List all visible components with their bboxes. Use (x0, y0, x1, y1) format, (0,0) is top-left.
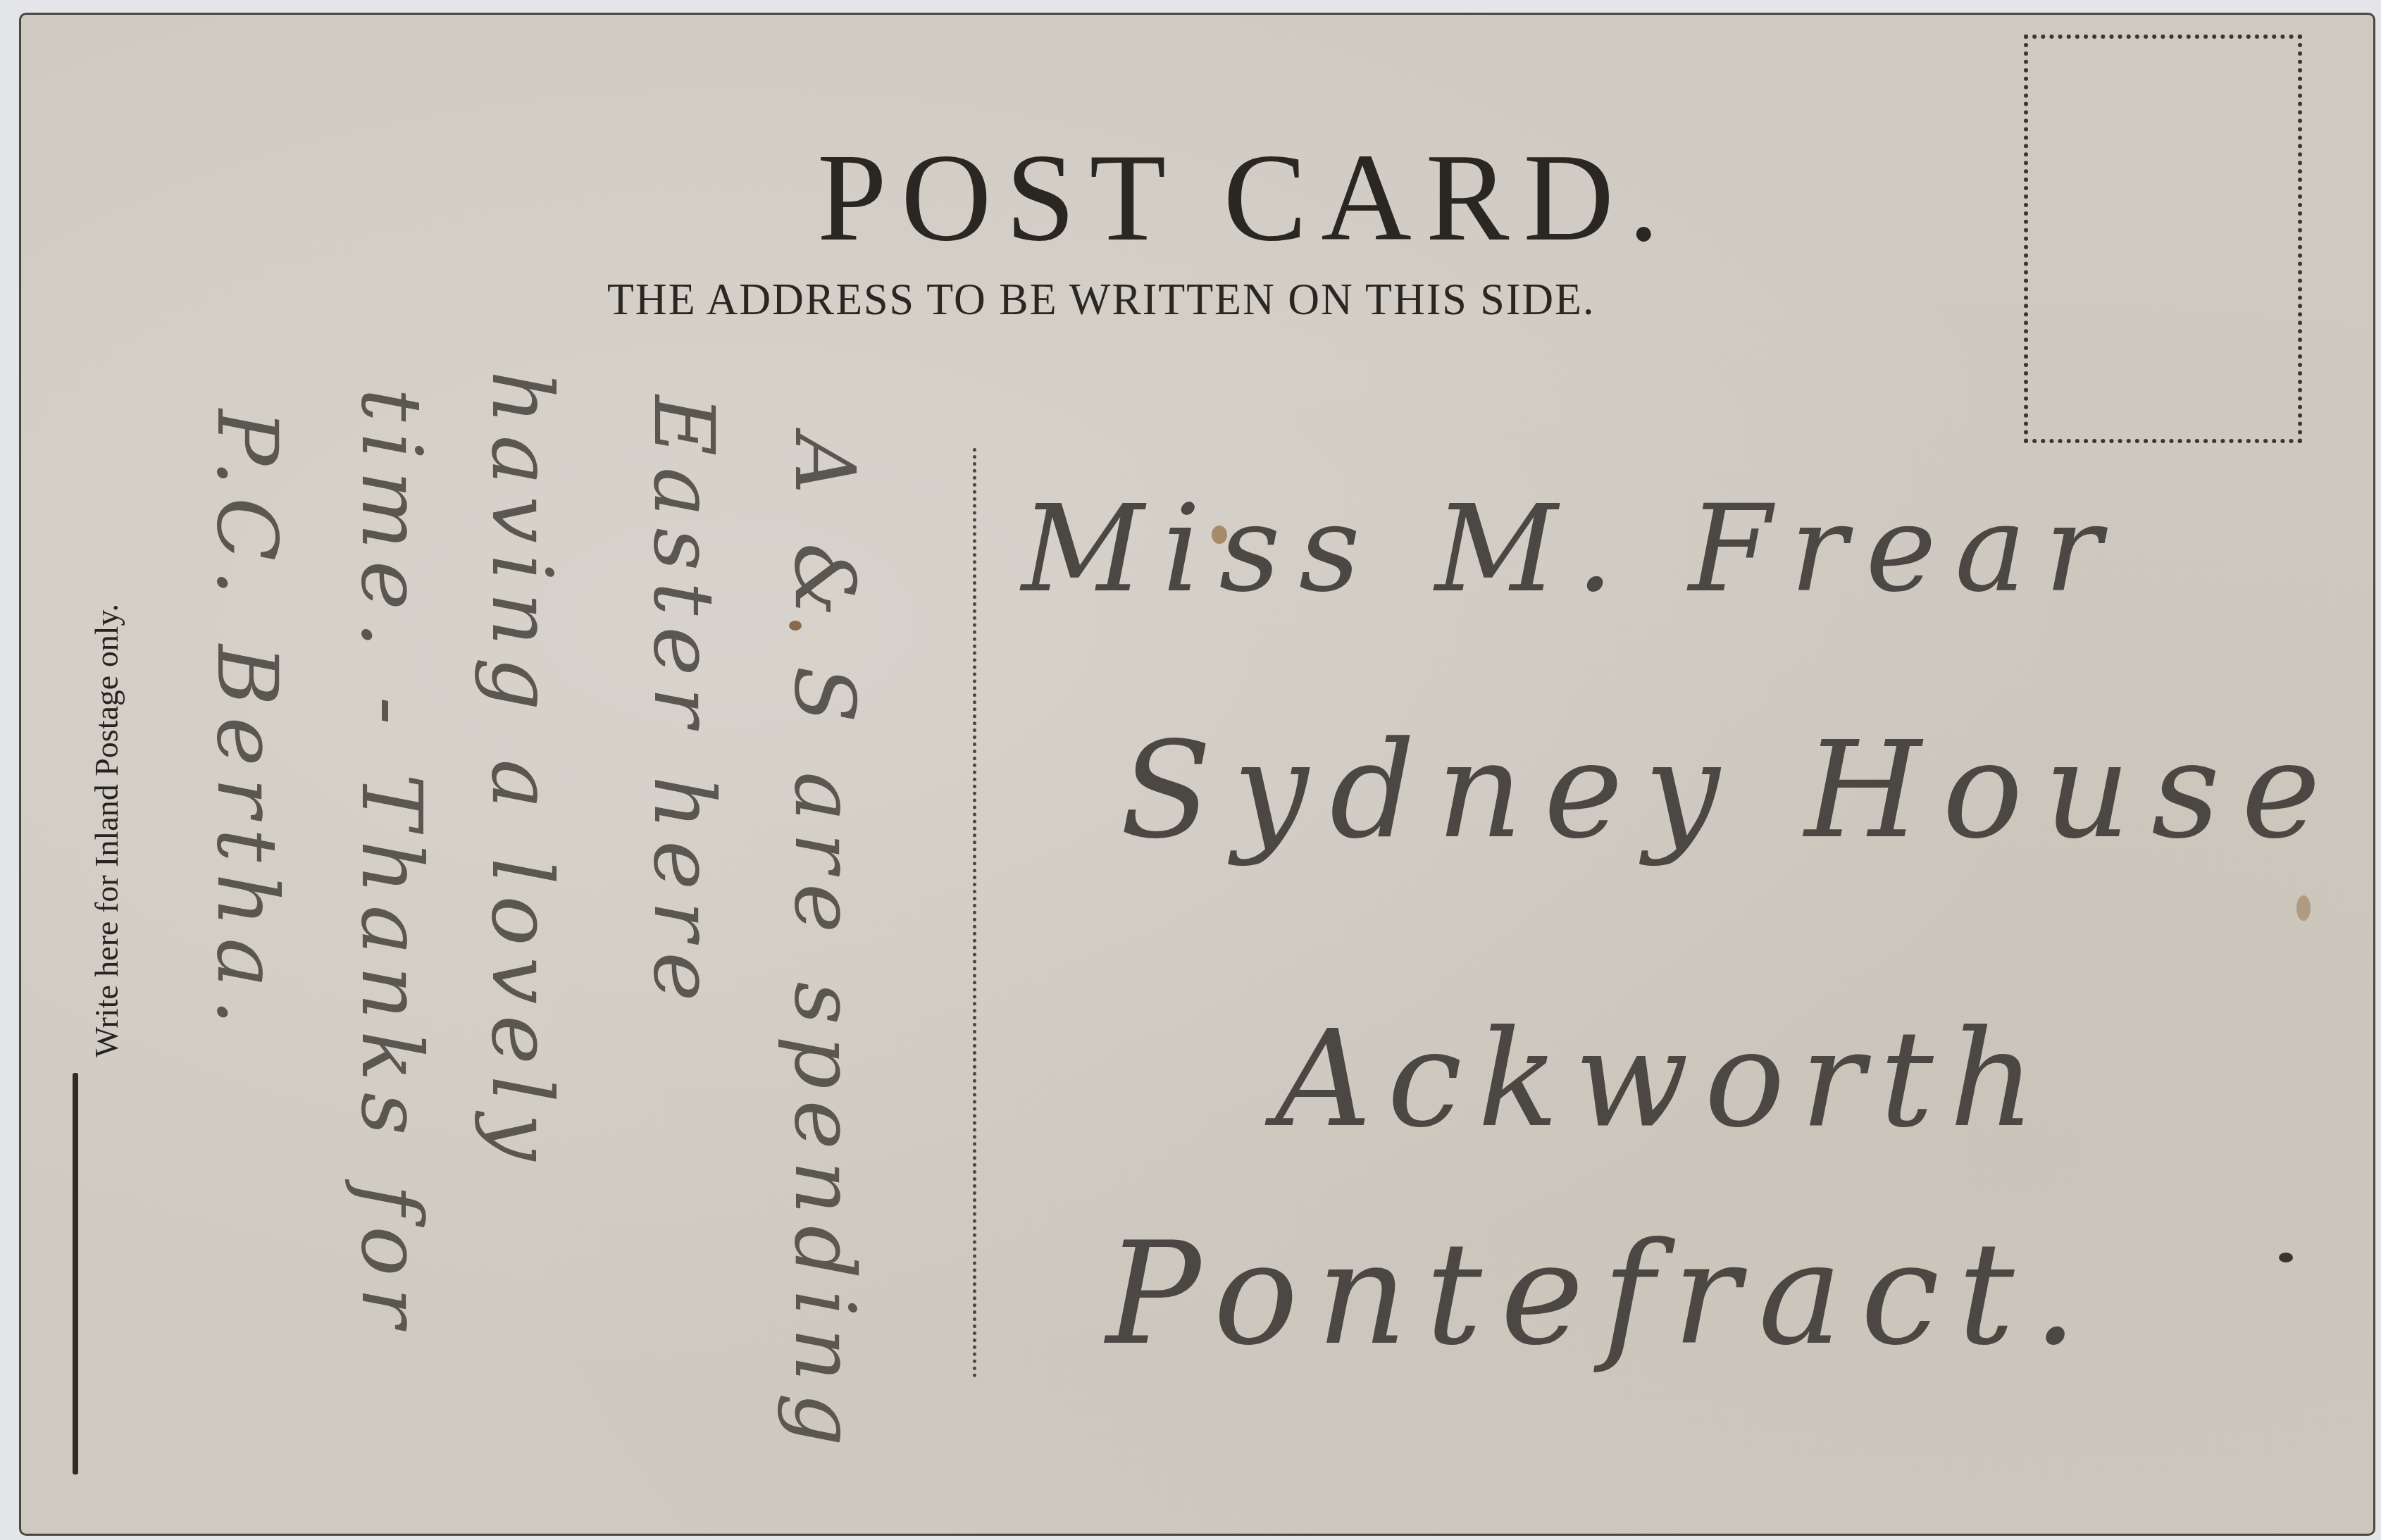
postcard: POST CARD. THE ADDRESS TO BE WRITTEN ON … (19, 13, 2375, 1536)
address-town: Pontefract. (1106, 1212, 2096, 1377)
message-line-5: P.C. Bertha. (199, 409, 296, 1036)
address-house: Sydney House (1120, 712, 2342, 868)
foxing-spot (1212, 526, 1227, 544)
dotted-divider (973, 448, 976, 1378)
address-instruction: THE ADDRESS TO BE WRITTEN ON THIS SIDE. (607, 277, 1595, 322)
address-village: Ackworth (1275, 1001, 2051, 1157)
stamp-box (2024, 35, 2302, 443)
inland-postage-label: Write here for Inland Postage only. (88, 604, 125, 1057)
address-recipient: Miss M. Frear (1021, 480, 2120, 619)
foxing-spot (2296, 895, 2311, 921)
foxing-spot (789, 621, 802, 631)
foxing-spot (2279, 1253, 2293, 1262)
message-line-1: A & S are spending (776, 434, 874, 1457)
message-line-3: having a lovely (473, 371, 571, 1172)
edge-mark (73, 1073, 78, 1474)
message-line-2: Easter here (635, 395, 733, 1012)
postcard-title: POST CARD. (817, 135, 1674, 260)
message-line-4: time. - Thanks for (343, 388, 440, 1339)
